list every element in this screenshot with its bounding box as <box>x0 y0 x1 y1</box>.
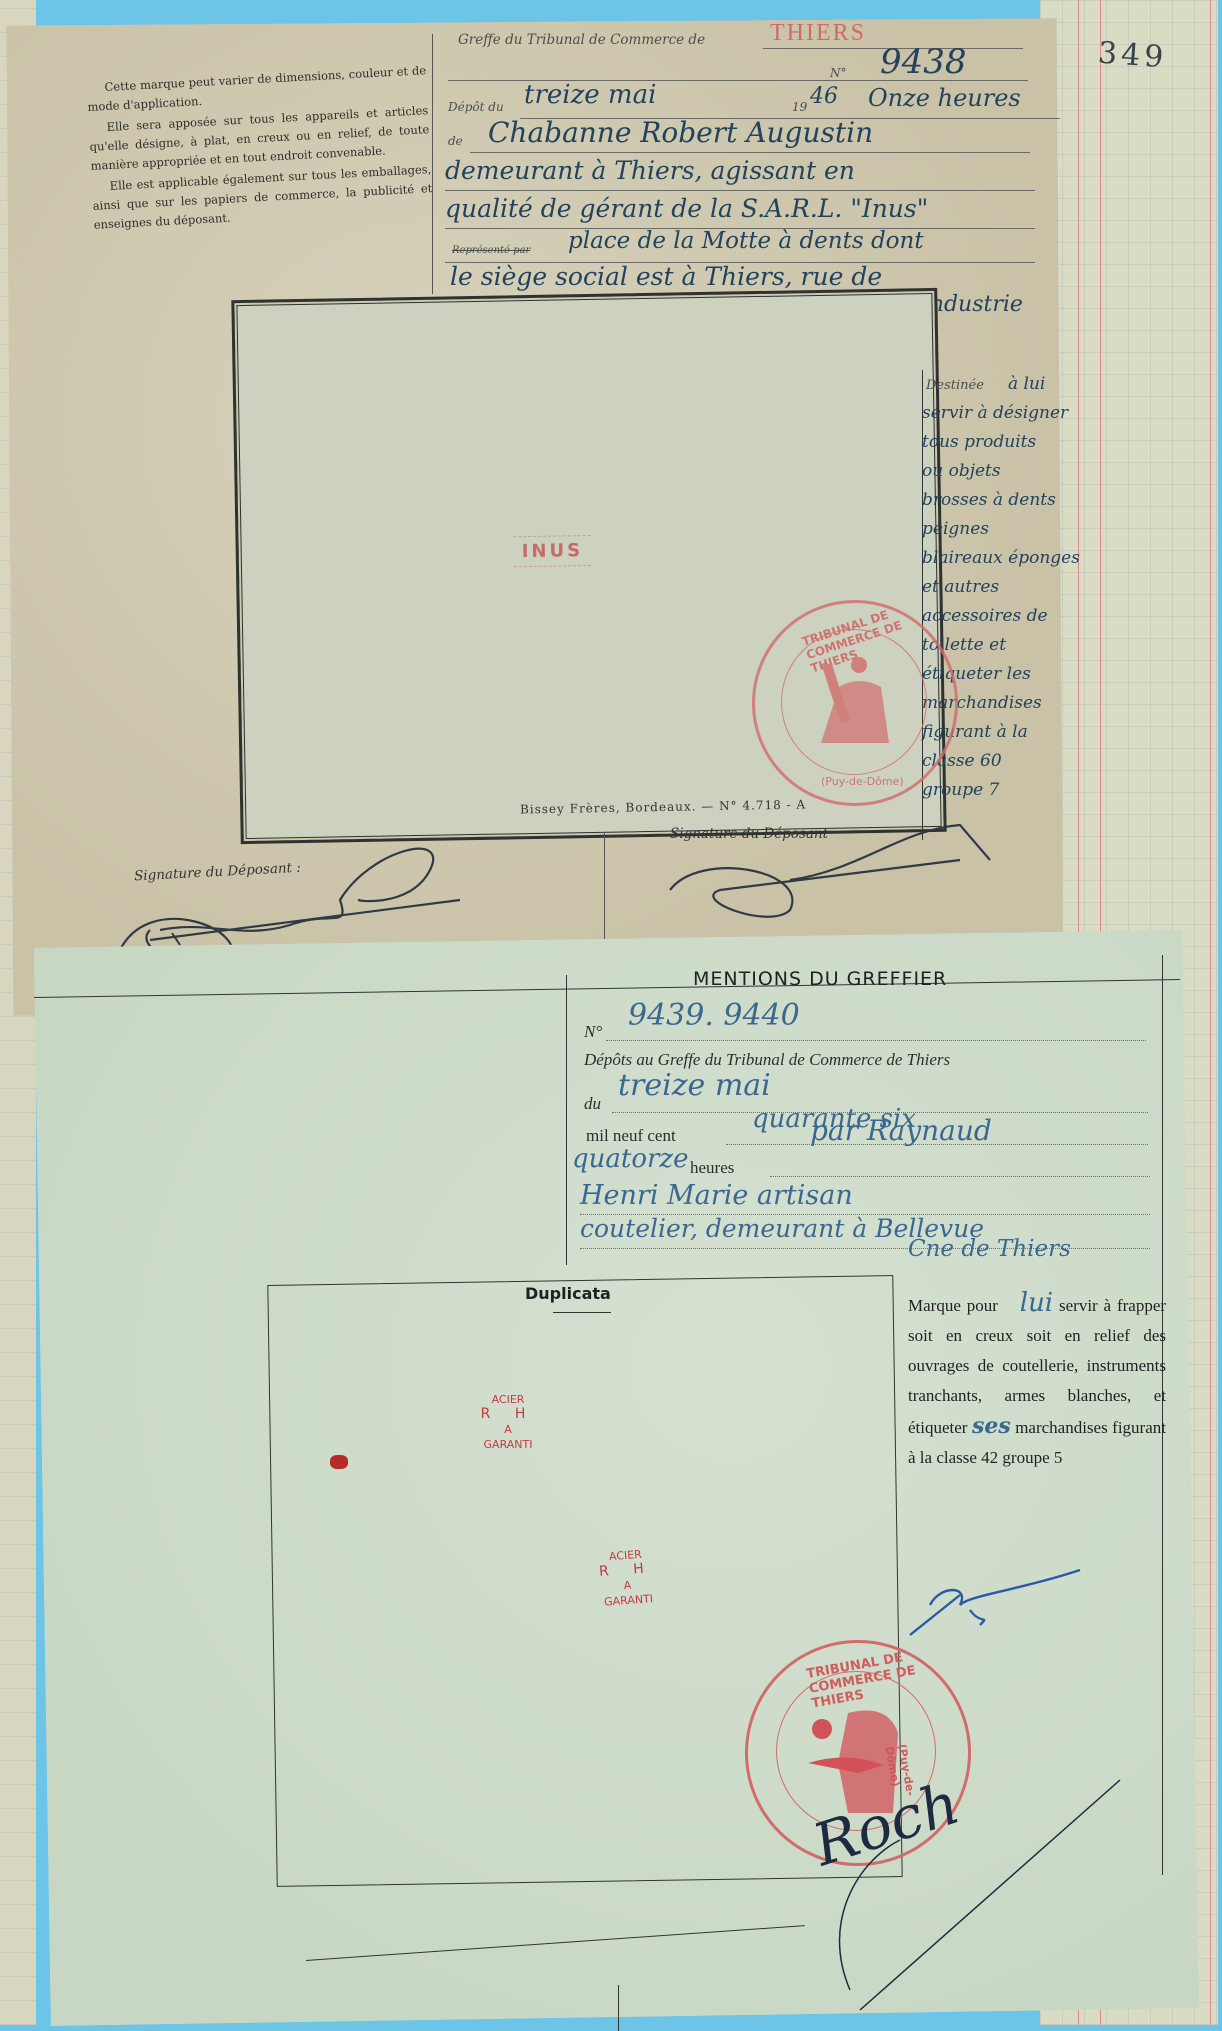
marque-handwritten-ses: ses <box>972 1413 1011 1439</box>
acier-letter: A <box>468 1422 548 1437</box>
rule <box>445 190 1035 191</box>
depositor-line: le siège social est à Thiers, rue de <box>450 262 882 291</box>
marque-pour-label: Marque pour <box>908 1296 998 1315</box>
greffier-line: Cne de Thiers <box>908 1236 1071 1262</box>
marque-handwritten-lui: lui <box>1020 1288 1053 1318</box>
destinee-line: et autres <box>922 573 1147 602</box>
destinee-line: tous produits <box>922 428 1147 457</box>
greffier-line: Henri Marie artisan <box>580 1180 853 1211</box>
depositor-line: place de la Motte à dents dont <box>568 228 924 254</box>
year-handwritten: 46 <box>810 84 838 109</box>
depots-label: Dépôts au Greffe du Tribunal de Commerce… <box>584 1050 950 1070</box>
dotted-rule <box>606 1040 1146 1041</box>
destinee-line: servir à désigner <box>922 399 1147 428</box>
seal-sub-text: (Puy-de-Dôme) <box>821 775 904 788</box>
destinee-line: blaireaux éponges <box>922 544 1147 573</box>
destinee-line: ou objets <box>922 457 1147 486</box>
no-label: N° <box>584 1022 602 1042</box>
de-label: de <box>448 134 463 148</box>
du-handwritten: treize mai <box>618 1068 771 1103</box>
greffe-city-stamp: THIERS <box>770 20 866 47</box>
greffe-label: Greffe du Tribunal de Commerce de <box>458 32 705 48</box>
destinee-line: groupe 7 <box>922 776 1147 805</box>
column-divider <box>566 975 567 1265</box>
time-handwritten: Onze heures <box>868 84 1021 112</box>
represente-label: Représenté par <box>452 245 530 256</box>
year-prefix: 19 <box>792 100 807 114</box>
mil-label: mil neuf cent <box>586 1126 676 1146</box>
du-label: du <box>584 1094 601 1114</box>
column-divider <box>604 832 605 952</box>
depositor-line: Chabanne Robert Augustin <box>488 116 873 149</box>
heures-label: heures <box>690 1158 734 1178</box>
greffier-initials-icon <box>900 1565 1100 1645</box>
destinee-handwritten: à lui servir à désigner tous produits ou… <box>922 370 1147 805</box>
inus-mark-stamp: INUS <box>513 535 591 567</box>
destinee-line: peignes <box>922 515 1147 544</box>
depot-date-handwritten: treize mai <box>524 80 656 110</box>
rule <box>470 152 1030 153</box>
heures-handwritten: par Raynaud <box>810 1114 992 1147</box>
dotted-rule <box>770 1176 1150 1177</box>
column-divider <box>432 34 433 294</box>
acier-garanti-mark: ACIER R H A GARANTI <box>590 1546 664 1611</box>
depositor-line: qualité de gérant de la S.A.R.L. "Inus" <box>445 194 928 223</box>
duplicata-underline <box>553 1312 611 1313</box>
destinee-line: toilette et <box>922 631 1147 660</box>
mentions-title: MENTIONS DU GREFFIER <box>693 968 947 990</box>
instructions-text: Cette marque peut varier de dimensions, … <box>86 61 434 237</box>
depositor-line: demeurant à Thiers, agissant en <box>445 156 855 185</box>
column-divider <box>618 1985 619 2031</box>
depositor-signature-icon <box>660 820 1020 940</box>
acier-top-text: ACIER <box>468 1392 548 1407</box>
ledger-margin-line <box>1210 0 1211 2025</box>
depot-label: Dépôt du <box>448 100 504 114</box>
destinee-line: à lui <box>922 370 1147 399</box>
acier-initials: R H <box>468 1407 548 1422</box>
destinee-line: brosses à dents <box>922 486 1147 515</box>
duplicata-title: Duplicata <box>525 1284 611 1303</box>
ink-spot <box>330 1455 348 1469</box>
seal-figure-icon <box>809 647 899 757</box>
tribunal-seal: TRIBUNAL DE COMMERCE DE THIERS (Puy-de-D… <box>752 600 958 806</box>
signature-flourish-icon <box>820 1740 1140 2020</box>
destinee-line: classe 60 <box>922 747 1147 776</box>
number-label: N° <box>830 66 847 80</box>
acier-bottom-text: GARANTI <box>468 1437 548 1452</box>
page-number: 349 <box>1097 36 1169 76</box>
acier-garanti-mark: ACIER R H A GARANTI <box>468 1392 548 1452</box>
marque-description: Marque pour lui servir à frapper soit en… <box>908 1288 1166 1473</box>
number-handwritten: 9438 <box>880 42 967 82</box>
no-handwritten: 9439. 9440 <box>628 998 800 1033</box>
heures-prefix-handwritten: quatorze <box>572 1144 689 1174</box>
